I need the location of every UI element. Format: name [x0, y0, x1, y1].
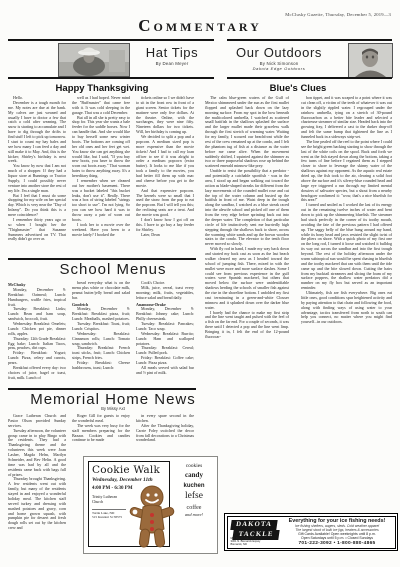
hat-tips-header: Hat Tips By Dean Meyer: [128, 45, 216, 66]
cookie-walk-venue: Trinity Lutheran Church: [92, 495, 126, 504]
body-paragraph: But all in all she is pretty easy to sho…: [72, 116, 130, 179]
memorial-column-2: Roger Gill for guests to enjoy the wonde…: [72, 414, 130, 454]
body-paragraph: After the Thanksgiving holiday, Carrie F…: [136, 424, 194, 444]
body-paragraph: All meals served with salad bar and ½ pi…: [136, 366, 194, 376]
hat-tips-column-1: Hello.December is a tough month for me. …: [8, 96, 66, 256]
cookie-walk-title: Cookie Walk: [92, 464, 167, 476]
hat-tips-headline: Happy Thanksgiving: [8, 83, 196, 94]
body-paragraph: bon tippet, and it was scraped to a poin…: [301, 96, 392, 140]
our-outdoors-byline2: Dakota Edge Outdoors: [214, 66, 344, 71]
body-paragraph: December is a tough month for me. My not…: [8, 101, 66, 164]
body-paragraph: Monday, December 9: Breakfast: Breakfast…: [72, 307, 130, 322]
divider: [8, 39, 214, 41]
body-paragraph: tickets online so I we didn't have to si…: [136, 96, 194, 135]
body-paragraph: The week was very busy for the staff mem…: [72, 424, 130, 444]
divider: [8, 258, 196, 260]
body-paragraph: Tuesday: Breakfast: Links; Lunch: Bean a…: [8, 307, 66, 322]
body-paragraph: I don't know how I got off on this. I ha…: [136, 218, 194, 233]
body-paragraph: I turned and smiled as I worked the last…: [301, 203, 392, 291]
cookie-walk-item: coffee: [173, 505, 215, 511]
body-paragraph: The calm blue-green waters of the Gulf o…: [205, 96, 289, 169]
body-paragraph: Grace Lutheran Church and Pastor Olson p…: [8, 414, 66, 429]
body-paragraph: But I feel that I must do some shopping …: [8, 194, 66, 218]
page-title: Commentary: [0, 16, 400, 36]
dakota-tackle-headline: Everything for your ice fishing needs!: [280, 518, 395, 524]
body-paragraph: With fly rod in hand, I made my way back…: [205, 247, 289, 310]
memorial-column-1: Grace Lutheran Church and Pastor Olson p…: [8, 414, 66, 552]
hat-tips-title: Hat Tips: [146, 45, 198, 60]
dakota-tackle-logo: DAKOTA TACKLE M-F 8 to 8; Sat. 8 to 5 33…: [228, 517, 280, 548]
columnist-portrait-graphic: [349, 44, 392, 77]
divider: [8, 388, 196, 390]
our-outdoors-title: Our Outdoors: [236, 45, 322, 60]
hat-tips-byline: By Dean Meyer: [128, 61, 216, 66]
body-paragraph: bread everyday what is on the menu plus …: [72, 281, 130, 301]
body-paragraph: I remember when we cleaned out her mothe…: [72, 179, 130, 223]
body-paragraph: Wednesday: Breakfast: Burrito; Lunch: Ha…: [136, 332, 194, 347]
divider: [227, 39, 392, 41]
cookie-walk-item: cookies: [173, 464, 215, 469]
dakota-tackle-address: M-F 8 to 8; Sat. 8 to 5 3301 N. Bismarck…: [231, 537, 261, 546]
cookie-walk-date: Wednesday, December 11th: [92, 477, 167, 483]
hat-tips-photo: [58, 43, 130, 77]
memorial-home-news-byline: By Missy Axt: [8, 406, 218, 411]
our-outdoors-photo: [348, 43, 393, 78]
our-outdoors-column-2: bon tippet, and it was scraped to a poin…: [301, 96, 392, 506]
body-paragraph: Tuesday afternoon, the volunteer group c…: [8, 429, 66, 478]
hat-tips-column-3: tickets online so I we didn't have to si…: [136, 96, 194, 256]
our-outdoors-column-1: The calm blue-green waters of the Gulf o…: [205, 96, 289, 506]
body-paragraph: The line pealed off the reel to the poin…: [301, 140, 392, 203]
body-paragraph: Thursday brought Thanksgiving. A few res…: [8, 477, 66, 531]
body-paragraph: Wednesday: Breakfast: Cinnamon rolls; Lu…: [72, 332, 130, 347]
cookie-walk-item: kuchen: [173, 483, 215, 489]
body-paragraph: Unable to resist the possibility that a …: [205, 169, 289, 247]
cookie-walk-item: lefse: [173, 492, 215, 502]
body-paragraph: Later, Dean: [136, 233, 194, 238]
hat-tips-column-2: well as I had hoped. Never mind the "Buf…: [72, 96, 130, 256]
body-paragraph: Wednesday: Breakfast: Omelets; Lunch: Ch…: [8, 322, 66, 337]
body-paragraph: Monday, December 9: Breakfast: Oatmeal; …: [8, 288, 66, 308]
body-paragraph: Thursday: Breakfast: French toast sticks…: [72, 346, 130, 361]
cookie-walk-item-list: cookies candy kuchen lefse coffee and mo…: [173, 462, 215, 517]
body-paragraph: I barely had the chance to make my first…: [205, 311, 289, 340]
dakota-tackle-ad-frame: DAKOTA TACKLE M-F 8 to 8; Sat. 8 to 5 33…: [227, 516, 396, 549]
body-paragraph: Thursday: 12th Grade Breakfast: Egg bake…: [8, 337, 66, 352]
cookie-walk-ad: Cookie Walk Wednesday, December 11th 4:0…: [83, 456, 218, 554]
cookie-walk-item: candy: [173, 472, 215, 479]
divider: [8, 77, 214, 79]
body-paragraph: well as I had hoped. Never mind the "Buf…: [72, 96, 130, 116]
our-outdoors-headline: Blue's Clues: [204, 83, 392, 94]
divider: [227, 77, 392, 79]
gingerbread-man-icon: [128, 485, 176, 549]
body-paragraph: I took her to a movie over the weekend. …: [72, 223, 130, 238]
body-paragraph: Friday: Breakfast: Cheese hashbrowns, to…: [72, 361, 130, 371]
dakota-tackle-ad: DAKOTA TACKLE M-F 8 to 8; Sat. 8 to 5 33…: [224, 513, 398, 551]
cookie-walk-item: and more!: [173, 513, 215, 517]
dakota-tackle-logo-line1: DAKOTA: [230, 520, 277, 530]
dakota-tackle-phone: 701-222-3092 • 1-800-880-4865: [280, 541, 395, 547]
cowboy-portrait-graphic: [59, 44, 129, 76]
body-paragraph: You know by now that I am not much of a …: [8, 164, 66, 193]
dakota-tackle-copy: Everything for your ice fishing needs! I…: [280, 517, 395, 548]
newspaper-page: McClusky Gazette, Thursday, December 5, …: [0, 0, 400, 567]
school-menus-title: School Menus: [8, 261, 218, 278]
school-menus-column-2: bread everyday what is on the menu plus …: [72, 281, 130, 385]
school-menus-column-1: McCluskyMonday, December 9: Breakfast: O…: [8, 281, 66, 385]
school-menus-column-3: Cook's Choice.Milk, juice, cereal, toast…: [136, 281, 194, 385]
body-paragraph: I remember thirty years ago or so when I…: [8, 218, 66, 242]
memorial-column-3: in every spare second in the kitchen.Aft…: [136, 414, 194, 454]
dakota-tackle-line4: Open Saturdays until 5 p.m. • Closed Sun…: [280, 536, 395, 540]
body-paragraph: And that expensive popcorn. The kernels …: [136, 189, 194, 218]
body-paragraph: Breakfast offered every day: two choices…: [8, 366, 66, 381]
body-paragraph: We decided to split a pop and a popcorn.…: [136, 135, 194, 189]
body-paragraph: Milk, juice, cereal, toast every morning…: [136, 286, 194, 301]
dakota-tackle-city: Bismarck, ND: [231, 543, 261, 546]
body-paragraph: Monday, December 9: Breakfast: Johnny ca…: [136, 307, 194, 322]
body-paragraph: Ultimately, fish are fish everywhere. Bi…: [301, 291, 392, 325]
body-paragraph: Friday: Breakfast: Yogurt; Lunch: Pizza,…: [8, 351, 66, 366]
our-outdoors-header: Our Outdoors By Nick Simonson Dakota Edg…: [214, 45, 344, 71]
